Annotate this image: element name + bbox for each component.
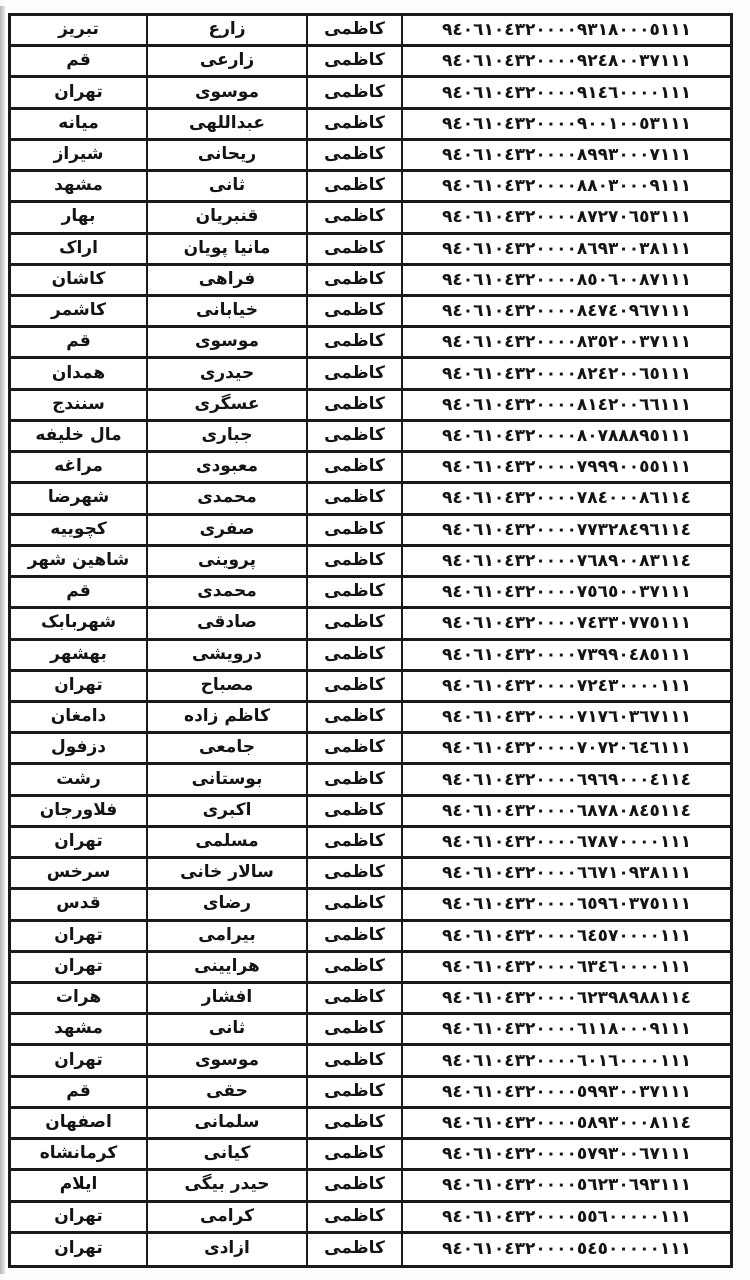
last-name-cell: سلمانی	[148, 1109, 308, 1140]
last-name-cell: صفری	[148, 516, 308, 547]
last-name-cell: هرایینی	[148, 953, 308, 984]
city-cell: کاشان	[11, 266, 148, 297]
first-name-cell: کاظمی	[308, 266, 403, 297]
first-name-cell: کاظمی	[308, 890, 403, 921]
last-name-cell: محمدی	[148, 484, 308, 515]
last-name-cell: کاظم زاده	[148, 703, 308, 734]
last-name-cell: درویشی	[148, 641, 308, 672]
first-name-cell: کاظمی	[308, 110, 403, 141]
city-cell: تهران	[11, 953, 148, 984]
last-name-cell: خیابانی	[148, 297, 308, 328]
last-name-cell: رضای	[148, 890, 308, 921]
account-number-cell: ٩٤٠٦١٠٤٣٢٠٠٠٠٥٨٩٣٠٠٠٨١١٤	[403, 1109, 730, 1140]
city-cell: سنندج	[11, 391, 148, 422]
first-name-cell: کاظمی	[308, 1203, 403, 1234]
account-number-cell: ٩٤٠٦١٠٤٣٢٠٠٠٠٧٦٨٩٠٠٨٣١١٤	[403, 547, 730, 578]
last-name-cell: ثانی	[148, 1015, 308, 1046]
first-name-cell: کاظمی	[308, 484, 403, 515]
first-name-cell: کاظمی	[308, 1015, 403, 1046]
account-number-cell: ٩٤٠٦١٠٤٣٢٠٠٠٠٩٠٠١٠٠٥٣١١١	[403, 110, 730, 141]
last-name-cell: مصباح	[148, 672, 308, 703]
account-number-cell: ٩٤٠٦١٠٤٣٢٠٠٠٠٥٥٦٠٠٠٠٠١١١	[403, 1203, 730, 1234]
last-name-cell: حیدری	[148, 359, 308, 390]
last-name-cell: حیدر بیگی	[148, 1171, 308, 1202]
first-name-cell: کاظمی	[308, 797, 403, 828]
city-cell: قدس	[11, 890, 148, 921]
city-cell: مراغه	[11, 453, 148, 484]
last-name-cell: سالار خانی	[148, 859, 308, 890]
account-number-cell: ٩٤٠٦١٠٤٣٢٠٠٠٠٩٣١٨٠٠٠٥١١١	[403, 16, 730, 47]
last-name-cell: محمدی	[148, 578, 308, 609]
last-name-cell: کرامی	[148, 1203, 308, 1234]
last-name-cell: جامعی	[148, 734, 308, 765]
first-name-cell: کاظمی	[308, 734, 403, 765]
city-cell: دزفول	[11, 734, 148, 765]
first-name-cell: کاظمی	[308, 703, 403, 734]
account-number-cell: ٩٤٠٦١٠٤٣٢٠٠٠٠٧٧٣٢٨٤٩٦١١٤	[403, 516, 730, 547]
last-name-cell: پروینی	[148, 547, 308, 578]
first-name-cell: کاظمی	[308, 1046, 403, 1077]
city-cell: بهار	[11, 203, 148, 234]
first-name-cell: کاظمی	[308, 235, 403, 266]
last-name-cell: زارع	[148, 16, 308, 47]
account-number-cell: ٩٤٠٦١٠٤٣٢٠٠٠٠٧٩٩٩٠٠٥٥١١١	[403, 453, 730, 484]
city-cell: کچوییه	[11, 516, 148, 547]
records-table: تبریز زارع کاظمی ٩٤٠٦١٠٤٣٢٠٠٠٠٩٣١٨٠٠٠٥١١…	[8, 13, 733, 1268]
first-name-cell: کاظمی	[308, 422, 403, 453]
account-number-cell: ٩٤٠٦١٠٤٣٢٠٠٠٠٩٢٤٨٠٠٣٧١١١	[403, 47, 730, 78]
city-cell: تهران	[11, 672, 148, 703]
city-cell: همدان	[11, 359, 148, 390]
last-name-cell: ازادی	[148, 1234, 308, 1265]
account-number-cell: ٩٤٠٦١٠٤٣٢٠٠٠٠٦٩٦٩٠٠٠٤١١٤	[403, 765, 730, 796]
first-name-cell: کاظمی	[308, 203, 403, 234]
last-name-cell: بیرامی	[148, 922, 308, 953]
account-number-cell: ٩٤٠٦١٠٤٣٢٠٠٠٠٦٦٧١٠٩٣٨١١١	[403, 859, 730, 890]
last-name-cell: اکبری	[148, 797, 308, 828]
city-cell: سرخس	[11, 859, 148, 890]
last-name-cell: معبودی	[148, 453, 308, 484]
city-cell: تهران	[11, 828, 148, 859]
account-number-cell: ٩٤٠٦١٠٤٣٢٠٠٠٠٧٥٦٥٠٠٣٧١١١	[403, 578, 730, 609]
first-name-cell: کاظمی	[308, 609, 403, 640]
last-name-cell: فراهی	[148, 266, 308, 297]
last-name-cell: جباری	[148, 422, 308, 453]
account-number-cell: ٩٤٠٦١٠٤٣٢٠٠٠٠٧١٧٦٠٣٦٧١١١	[403, 703, 730, 734]
account-number-cell: ٩٤٠٦١٠٤٣٢٠٠٠٠٨٥٠٦٠٠٨٧١١١	[403, 266, 730, 297]
account-number-cell: ٩٤٠٦١٠٤٣٢٠٠٠٠٨٠٧٨٨٨٩٥١١١	[403, 422, 730, 453]
last-name-cell: ثانی	[148, 172, 308, 203]
city-cell: اصفهان	[11, 1109, 148, 1140]
last-name-cell: موسوی	[148, 328, 308, 359]
account-number-cell: ٩٤٠٦١٠٤٣٢٠٠٠٠٧٨٤٠٠٠٨٦١١٤	[403, 484, 730, 515]
first-name-cell: کاظمی	[308, 1234, 403, 1265]
city-cell: کاشمر	[11, 297, 148, 328]
city-cell: مشهد	[11, 172, 148, 203]
last-name-cell: موسوی	[148, 1046, 308, 1077]
city-cell: قم	[11, 47, 148, 78]
account-number-cell: ٩٤٠٦١٠٤٣٢٠٠٠٠٦٢٣٩٨٩٨٨١١٤	[403, 984, 730, 1015]
last-name-cell: موسوی	[148, 78, 308, 109]
city-cell: تهران	[11, 78, 148, 109]
last-name-cell: مسلمی	[148, 828, 308, 859]
city-cell: قم	[11, 328, 148, 359]
city-cell: تهران	[11, 1234, 148, 1265]
last-name-cell: مانیا پویان	[148, 235, 308, 266]
first-name-cell: کاظمی	[308, 172, 403, 203]
account-number-cell: ٩٤٠٦١٠٤٣٢٠٠٠٠٨٤٧٤٠٩٦٧١١١	[403, 297, 730, 328]
first-name-cell: کاظمی	[308, 359, 403, 390]
city-cell: شهربابک	[11, 609, 148, 640]
first-name-cell: کاظمی	[308, 516, 403, 547]
first-name-cell: کاظمی	[308, 1140, 403, 1171]
last-name-cell: افشار	[148, 984, 308, 1015]
first-name-cell: کاظمی	[308, 578, 403, 609]
city-cell: قم	[11, 578, 148, 609]
account-number-cell: ٩٤٠٦١٠٤٣٢٠٠٠٠٨٨٠٣٠٠٠٩١١١	[403, 172, 730, 203]
first-name-cell: کاظمی	[308, 47, 403, 78]
first-name-cell: کاظمی	[308, 828, 403, 859]
account-number-cell: ٩٤٠٦١٠٤٣٢٠٠٠٠٦٥٩٦٠٣٧٥١١١	[403, 890, 730, 921]
city-cell: رشت	[11, 765, 148, 796]
account-number-cell: ٩٤٠٦١٠٤٣٢٠٠٠٠٧٤٣٣٠٧٧٥١١١	[403, 609, 730, 640]
last-name-cell: قنبریان	[148, 203, 308, 234]
account-number-cell: ٩٤٠٦١٠٤٣٢٠٠٠٠٦٨٧٨٠٨٤٥١١٤	[403, 797, 730, 828]
account-number-cell: ٩٤٠٦١٠٤٣٢٠٠٠٠٧٢٤٣٠٠٠٠١١١	[403, 672, 730, 703]
last-name-cell: صادقی	[148, 609, 308, 640]
last-name-cell: زارعی	[148, 47, 308, 78]
city-cell: ایلام	[11, 1171, 148, 1202]
first-name-cell: کاظمی	[308, 547, 403, 578]
city-cell: بهشهر	[11, 641, 148, 672]
city-cell: تهران	[11, 1203, 148, 1234]
first-name-cell: کاظمی	[308, 297, 403, 328]
first-name-cell: کاظمی	[308, 391, 403, 422]
city-cell: میانه	[11, 110, 148, 141]
first-name-cell: کاظمی	[308, 141, 403, 172]
first-name-cell: کاظمی	[308, 78, 403, 109]
city-cell: قم	[11, 1078, 148, 1109]
first-name-cell: کاظمی	[308, 641, 403, 672]
account-number-cell: ٩٤٠٦١٠٤٣٢٠٠٠٠٨٧٢٧٠٦٥٣١١١	[403, 203, 730, 234]
account-number-cell: ٩٤٠٦١٠٤٣٢٠٠٠٠٦١١٨٠٠٠٩١١١	[403, 1015, 730, 1046]
account-number-cell: ٩٤٠٦١٠٤٣٢٠٠٠٠٨٣٥٢٠٠٣٧١١١	[403, 328, 730, 359]
first-name-cell: کاظمی	[308, 672, 403, 703]
account-number-cell: ٩٤٠٦١٠٤٣٢٠٠٠٠٧٣٩٩٠٤٨٥١١١	[403, 641, 730, 672]
account-number-cell: ٩٤٠٦١٠٤٣٢٠٠٠٠٦٣٤٦٠٠٠٠١١١	[403, 953, 730, 984]
first-name-cell: کاظمی	[308, 328, 403, 359]
first-name-cell: کاظمی	[308, 984, 403, 1015]
scanned-page: تبریز زارع کاظمی ٩٤٠٦١٠٤٣٢٠٠٠٠٩٣١٨٠٠٠٥١١…	[0, 0, 750, 1280]
city-cell: شهرضا	[11, 484, 148, 515]
last-name-cell: عسگری	[148, 391, 308, 422]
city-cell: مشهد	[11, 1015, 148, 1046]
first-name-cell: کاظمی	[308, 1171, 403, 1202]
city-cell: تهران	[11, 1046, 148, 1077]
city-cell: شیراز	[11, 141, 148, 172]
city-cell: مال خلیفه	[11, 422, 148, 453]
last-name-cell: کیانی	[148, 1140, 308, 1171]
first-name-cell: کاظمی	[308, 859, 403, 890]
first-name-cell: کاظمی	[308, 16, 403, 47]
last-name-cell: بوستانی	[148, 765, 308, 796]
city-cell: کرمانشاه	[11, 1140, 148, 1171]
city-cell: هرات	[11, 984, 148, 1015]
city-cell: فلاورجان	[11, 797, 148, 828]
account-number-cell: ٩٤٠٦١٠٤٣٢٠٠٠٠٩١٤٦٠٠٠٠١١١	[403, 78, 730, 109]
account-number-cell: ٩٤٠٦١٠٤٣٢٠٠٠٠٥٦٢٣٠٦٩٣١١١	[403, 1171, 730, 1202]
account-number-cell: ٩٤٠٦١٠٤٣٢٠٠٠٠٦٠١٦٠٠٠٠١١١	[403, 1046, 730, 1077]
account-number-cell: ٩٤٠٦١٠٤٣٢٠٠٠٠٦٤٥٧٠٠٠٠١١١	[403, 922, 730, 953]
account-number-cell: ٩٤٠٦١٠٤٣٢٠٠٠٠٥٩٩٣٠٠٣٧١١١	[403, 1078, 730, 1109]
city-cell: اراک	[11, 235, 148, 266]
city-cell: تبریز	[11, 16, 148, 47]
account-number-cell: ٩٤٠٦١٠٤٣٢٠٠٠٠٨٢٤٢٠٠٦٥١١١	[403, 359, 730, 390]
first-name-cell: کاظمی	[308, 765, 403, 796]
scan-edge-shadow	[0, 6, 5, 1274]
last-name-cell: عبداللهی	[148, 110, 308, 141]
first-name-cell: کاظمی	[308, 453, 403, 484]
first-name-cell: کاظمی	[308, 1078, 403, 1109]
account-number-cell: ٩٤٠٦١٠٤٣٢٠٠٠٠٥٧٩٣٠٠٦٧١١١	[403, 1140, 730, 1171]
city-cell: دامغان	[11, 703, 148, 734]
account-number-cell: ٩٤٠٦١٠٤٣٢٠٠٠٠٨٩٩٣٠٠٠٧١١١	[403, 141, 730, 172]
city-cell: شاهین شهر	[11, 547, 148, 578]
account-number-cell: ٩٤٠٦١٠٤٣٢٠٠٠٠٥٤٥٠٠٠٠٠١١١	[403, 1234, 730, 1265]
account-number-cell: ٩٤٠٦١٠٤٣٢٠٠٠٠٨١٤٢٠٠٦٦١١١	[403, 391, 730, 422]
last-name-cell: حقی	[148, 1078, 308, 1109]
account-number-cell: ٩٤٠٦١٠٤٣٢٠٠٠٠٧٠٧٢٠٦٤٦١١١	[403, 734, 730, 765]
first-name-cell: کاظمی	[308, 953, 403, 984]
first-name-cell: کاظمی	[308, 1109, 403, 1140]
first-name-cell: کاظمی	[308, 922, 403, 953]
account-number-cell: ٩٤٠٦١٠٤٣٢٠٠٠٠٦٧٨٧٠٠٠٠١١١	[403, 828, 730, 859]
account-number-cell: ٩٤٠٦١٠٤٣٢٠٠٠٠٨٦٩٣٠٠٣٨١١١	[403, 235, 730, 266]
last-name-cell: ریحانی	[148, 141, 308, 172]
city-cell: تهران	[11, 922, 148, 953]
